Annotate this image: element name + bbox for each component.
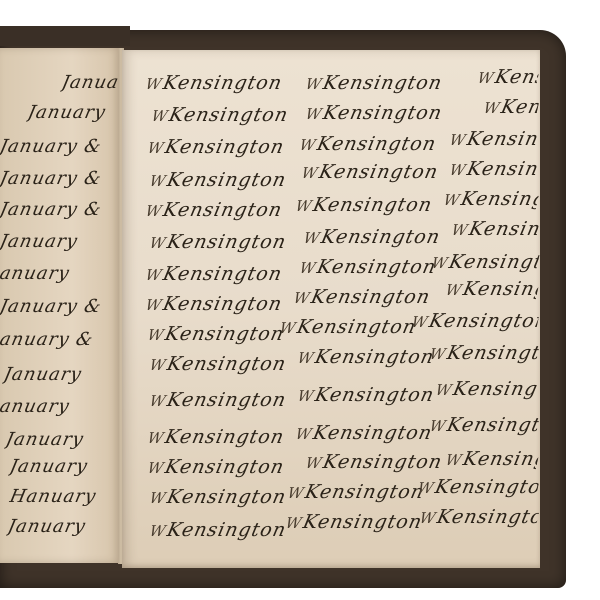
january-handwritten-line: January &: [0, 136, 104, 157]
line-text: Kens: [499, 96, 540, 118]
line-text: anuary: [0, 263, 72, 284]
january-handwritten-line: January: [4, 429, 86, 450]
kensington-col1-handwritten-line: WKensington: [146, 136, 287, 158]
line-text: Kensington: [301, 511, 424, 533]
line-text: Kensington: [161, 293, 284, 315]
line-text: Kensington: [311, 422, 434, 444]
kensington-col2-handwritten-line: WKensington: [294, 422, 435, 444]
january-handwritten-line: January &: [0, 199, 104, 220]
line-text: Kensington: [165, 353, 288, 375]
kensington-col2-handwritten-line: WKensington: [278, 316, 419, 338]
line-text: anuary &: [0, 329, 95, 350]
kensington-col2-handwritten-line: WKensington: [296, 384, 437, 406]
kensington-col1-handwritten-line: WKensington: [148, 519, 289, 541]
line-text: Kensington: [163, 323, 286, 345]
kensington-col1-handwritten-line: WKensington: [146, 426, 287, 448]
line-text: January: [60, 72, 120, 93]
kensington-col3-handwritten-line: WKensington: [410, 310, 541, 332]
january-handwritten-line: Hanuary: [8, 486, 99, 507]
line-text: Kensingto: [465, 128, 540, 150]
line-text: January: [0, 231, 80, 252]
line-text: Kensington: [461, 278, 540, 300]
line-text: Kensington: [321, 72, 444, 94]
line-text: Kensington: [163, 136, 286, 158]
kensington-col2-handwritten-line: WKensington: [298, 133, 439, 155]
january-handwritten-line: January &: [0, 296, 104, 317]
kensington-col3-handwritten-line: WKensington: [428, 342, 541, 364]
line-text: anuary: [0, 396, 72, 417]
kensington-col2-handwritten-line: WKensington: [292, 286, 433, 308]
kensington-col3-handwritten-line: WKensington: [434, 378, 541, 400]
line-text: January &: [0, 296, 104, 317]
january-handwritten-line: anuary: [0, 263, 72, 284]
line-text: January &: [0, 168, 104, 189]
kensington-col3-handwritten-line: WKens: [482, 96, 541, 118]
kensington-col1-handwritten-line: WKensington: [146, 456, 287, 478]
line-text: January: [26, 102, 108, 123]
kensington-col3-handwritten-line: WKens: [476, 66, 541, 88]
kensington-col1-handwritten-line: WKensington: [150, 104, 291, 126]
line-text: Kensington: [317, 161, 440, 183]
kensington-col2-handwritten-line: WKensington: [302, 226, 443, 248]
kensington-col1-handwritten-line: WKensington: [146, 323, 287, 345]
line-text: Kensingto: [459, 188, 540, 210]
kensington-col1-handwritten-line: WKensington: [144, 72, 285, 94]
kensington-col1-handwritten-line: WKensington: [148, 353, 289, 375]
kensington-col3-handwritten-line: WKensington: [430, 251, 541, 273]
kensington-col3-handwritten-line: WKensington: [444, 278, 541, 300]
line-text: Kensington: [447, 251, 540, 273]
january-handwritten-line: January &: [0, 168, 104, 189]
kensington-col3-handwritten-line: WKensingto: [448, 128, 541, 150]
line-text: Kensington: [163, 426, 286, 448]
kensington-col3-handwritten-line: WKensington: [418, 506, 541, 528]
kensington-col1-handwritten-line: WKensington: [148, 486, 289, 508]
kensington-col1-handwritten-line: WKensington: [144, 199, 285, 221]
kensington-col2-handwritten-line: WKensington: [284, 511, 425, 533]
line-text: January &: [0, 136, 104, 157]
line-text: Kensington: [315, 133, 438, 155]
line-text: January: [4, 429, 86, 450]
line-text: Hanuary: [8, 486, 99, 507]
copybook-photo: JanuaryJanuaryJanuary &January &January …: [0, 0, 600, 600]
kensington-col2-handwritten-line: WKensington: [304, 451, 445, 473]
kensington-col1-handwritten-line: WKensington: [148, 231, 289, 253]
kensington-col2-handwritten-line: WKensington: [300, 161, 441, 183]
line-text: January: [2, 364, 84, 385]
line-text: January &: [0, 199, 104, 220]
january-handwritten-line: January: [6, 516, 88, 537]
line-text: Kensington: [461, 448, 540, 470]
line-text: Kensington: [321, 102, 444, 124]
line-text: Kensington: [165, 231, 288, 253]
kensington-col3-handwritten-line: WKensingto: [450, 218, 541, 240]
january-handwritten-line: January: [60, 72, 120, 93]
line-text: Kensington: [295, 316, 418, 338]
line-text: Kensington: [309, 286, 432, 308]
kensington-col2-handwritten-line: WKensington: [296, 346, 437, 368]
kensington-col2-handwritten-line: WKensington: [294, 194, 435, 216]
line-text: Kensington: [167, 104, 290, 126]
line-text: Kensington: [161, 72, 284, 94]
line-text: Kensington: [313, 346, 436, 368]
book-cover-top-edge: [0, 26, 130, 46]
line-text: Kensington: [433, 476, 540, 498]
january-handwritten-line: January: [0, 231, 80, 252]
january-handwritten-line: January: [26, 102, 108, 123]
line-text: Kensington: [435, 506, 540, 528]
line-text: Kensington: [165, 169, 288, 191]
kensington-col1-handwritten-line: WKensington: [144, 293, 285, 315]
kensington-col1-handwritten-line: WKensington: [148, 169, 289, 191]
january-handwritten-line: anuary &: [0, 329, 95, 350]
line-text: Kensington: [161, 263, 284, 285]
kensington-col3-handwritten-line: WKensington: [416, 476, 541, 498]
line-text: Kensington: [313, 384, 436, 406]
kensington-col1-handwritten-line: WKensington: [144, 263, 285, 285]
line-text: Kens: [493, 66, 540, 88]
line-text: Kensington: [165, 519, 288, 541]
line-text: Kensington: [451, 378, 540, 400]
january-handwritten-line: January: [2, 364, 84, 385]
line-text: January: [8, 456, 90, 477]
line-text: Kensington: [165, 389, 288, 411]
line-text: Kensington: [319, 226, 442, 248]
kensington-col3-handwritten-line: WKensington: [444, 448, 541, 470]
kensington-col2-handwritten-line: WKensington: [298, 256, 439, 278]
kensington-col3-handwritten-line: WKensington: [428, 414, 541, 436]
kensington-col2-handwritten-line: WKensington: [304, 72, 445, 94]
line-text: Kensington: [161, 199, 284, 221]
line-text: Kensingto: [465, 158, 540, 180]
line-text: Kensington: [163, 456, 286, 478]
january-handwritten-line: anuary: [0, 396, 72, 417]
kensington-col1-handwritten-line: WKensington: [148, 389, 289, 411]
kensington-col2-handwritten-line: WKensington: [286, 481, 427, 503]
line-text: Kensington: [303, 481, 426, 503]
kensington-col3-handwritten-line: WKensingto: [448, 158, 541, 180]
line-text: Kensington: [445, 414, 540, 436]
line-text: January: [6, 516, 88, 537]
line-text: Kensington: [321, 451, 444, 473]
january-handwritten-line: January: [8, 456, 90, 477]
kensington-col3-handwritten-line: WKensingto: [442, 188, 541, 210]
line-text: Kensington: [427, 310, 540, 332]
line-text: Kensington: [315, 256, 438, 278]
line-text: Kensington: [445, 342, 540, 364]
kensington-col2-handwritten-line: WKensington: [304, 102, 445, 124]
line-text: Kensingto: [467, 218, 540, 240]
line-text: Kensington: [165, 486, 288, 508]
line-text: Kensington: [311, 194, 434, 216]
